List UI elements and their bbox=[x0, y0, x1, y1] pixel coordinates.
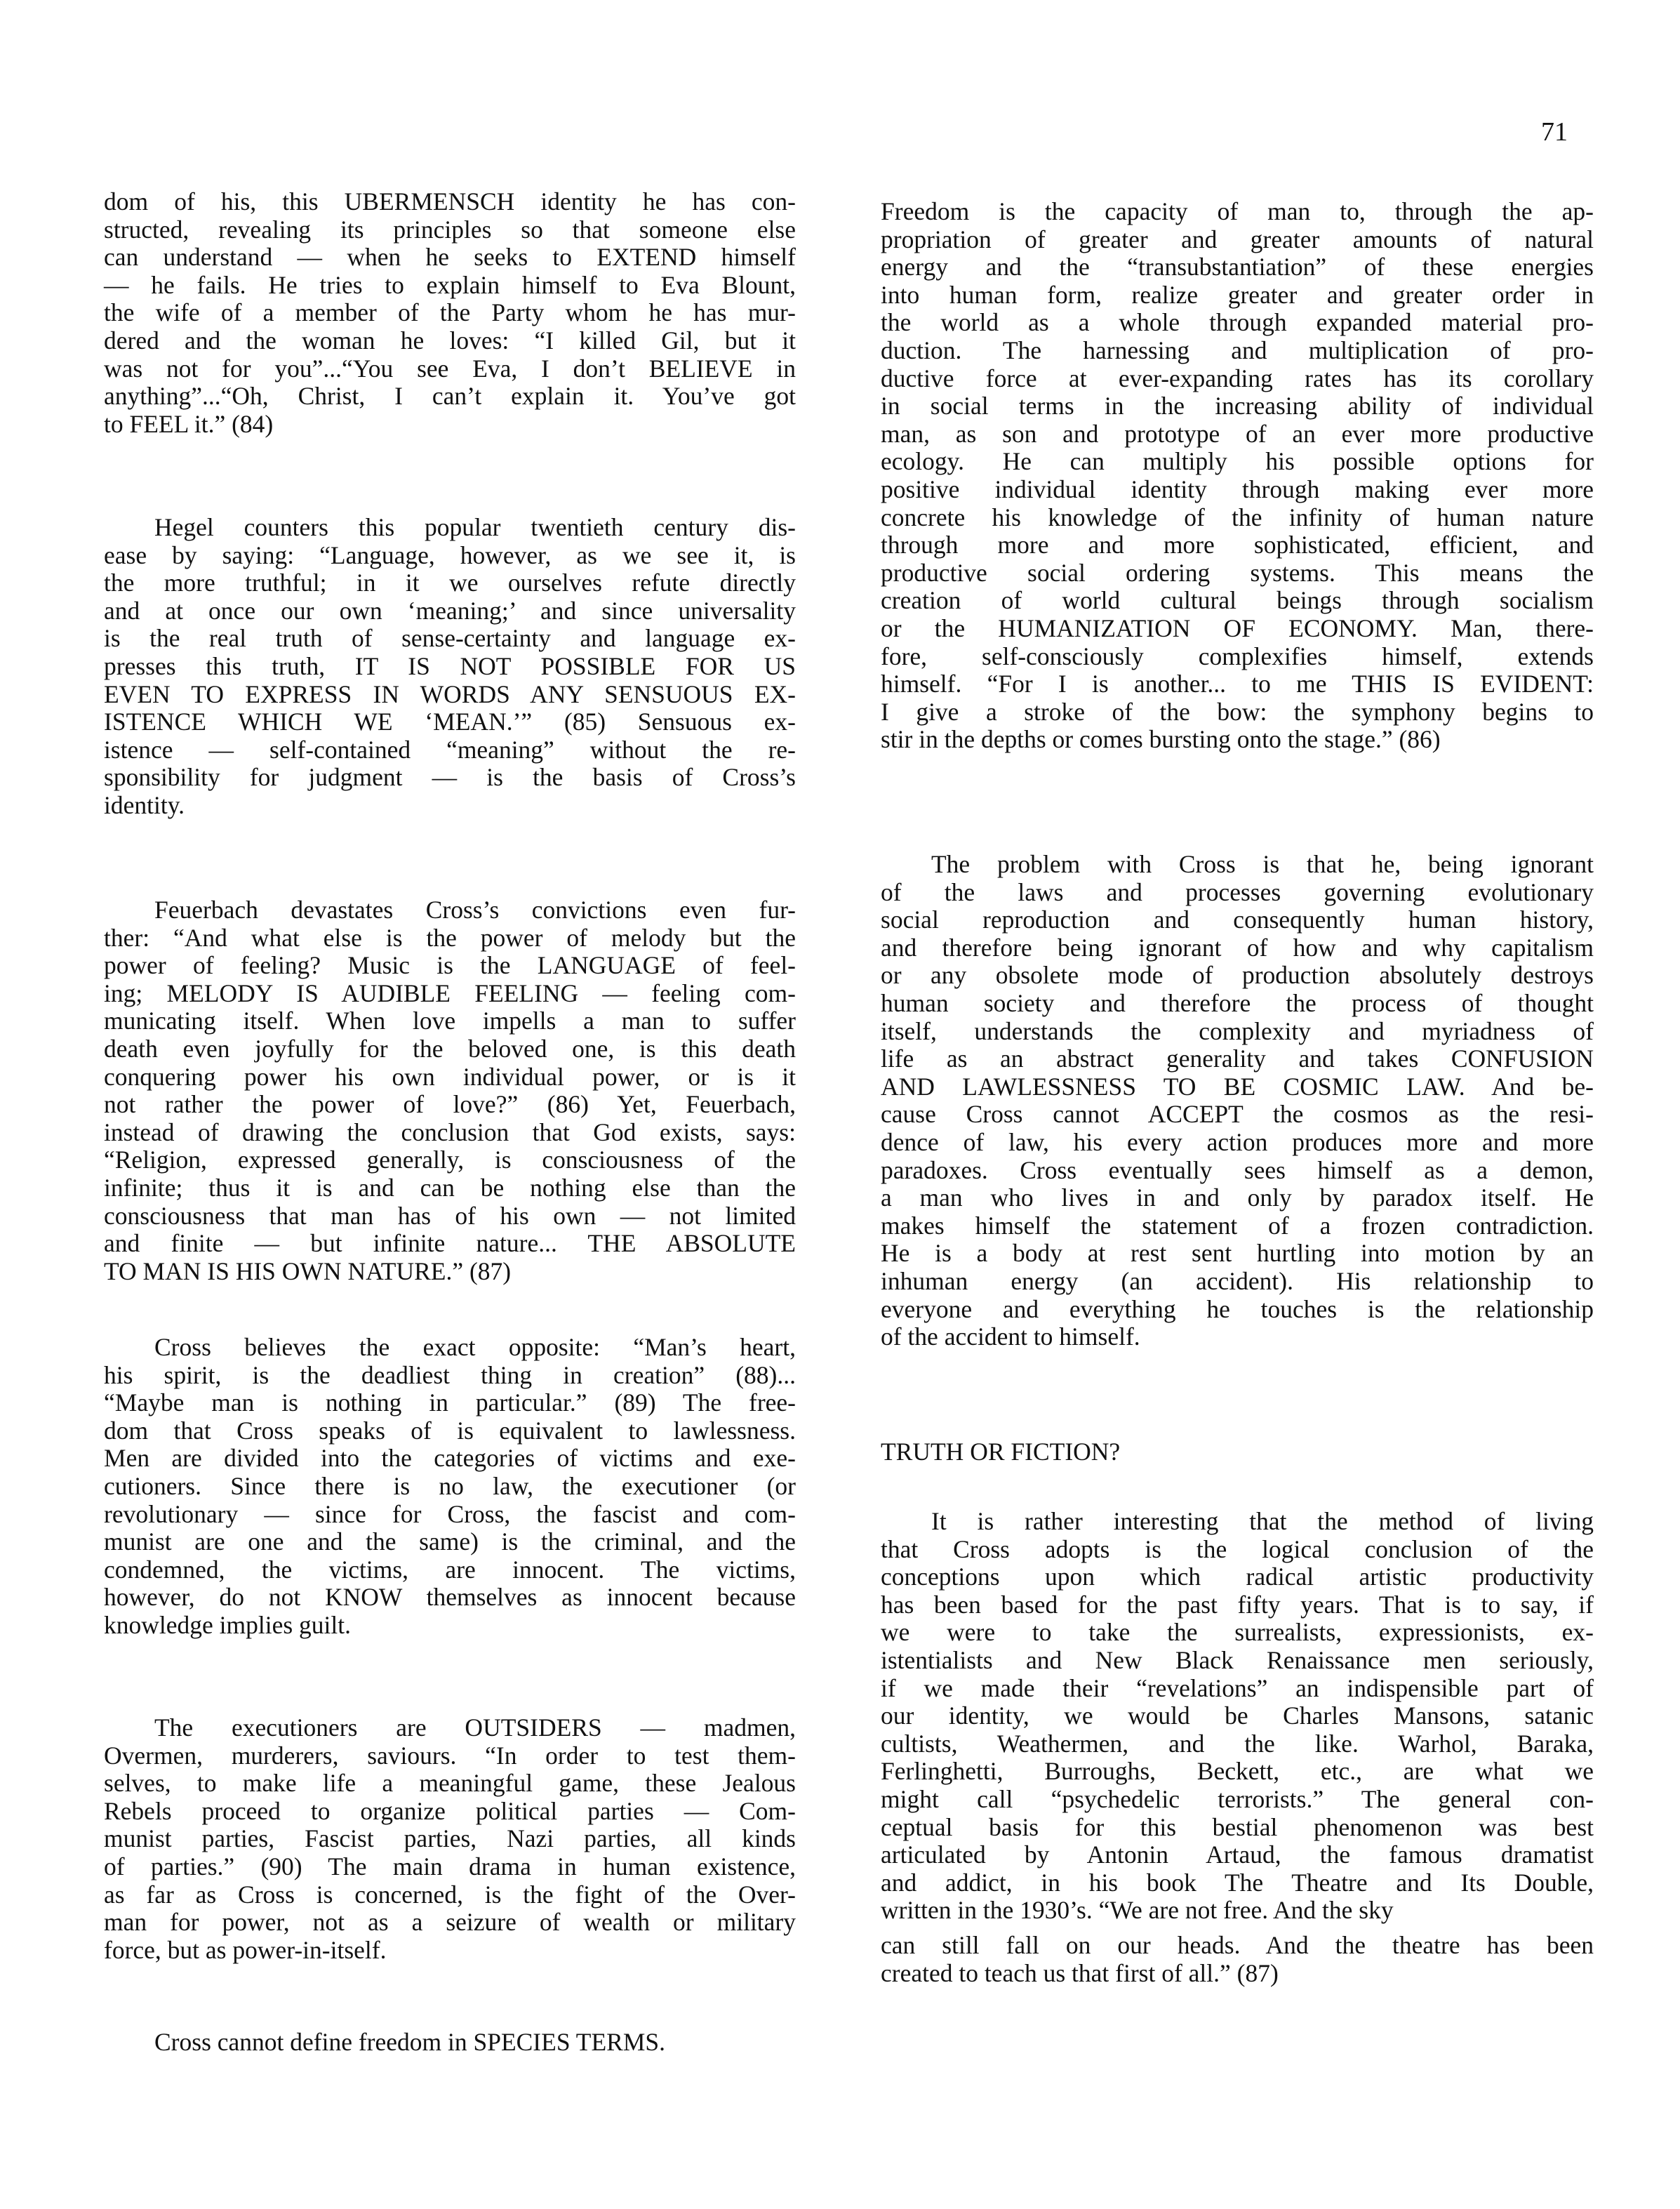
text-line: if we made their “revelations” an indisp… bbox=[881, 1675, 1594, 1703]
text-line: Men are divided into the categories of v… bbox=[104, 1445, 796, 1473]
text-line: cause Cross cannot ACCEPT the cosmos as … bbox=[881, 1101, 1594, 1129]
text-line: anything”...“Oh, Christ, I can’t explain… bbox=[104, 383, 796, 411]
text-line: can understand — when he seeks to EXTEND… bbox=[104, 244, 796, 272]
text-line: TO MAN IS HIS OWN NATURE.” (87) bbox=[104, 1258, 796, 1286]
text-line: “Maybe man is nothing in particular.” (8… bbox=[104, 1389, 796, 1417]
text-line: and addict, in his book The Theatre and … bbox=[881, 1869, 1594, 1897]
text-line: the wife of a member of the Party whom h… bbox=[104, 299, 796, 327]
text-line: structed, revealing its principles so th… bbox=[104, 216, 796, 244]
text-line: Overmen, murderers, saviours. “In order … bbox=[104, 1742, 796, 1770]
text-line: The problem with Cross is that he, being… bbox=[881, 851, 1594, 879]
text-line: EVEN TO EXPRESS IN WORDS ANY SENSUOUS EX… bbox=[104, 681, 796, 709]
paragraph-species-terms: Cross cannot define freedom in SPECIES T… bbox=[104, 2029, 796, 2057]
text-line: as far as Cross is concerned, is the fig… bbox=[104, 1881, 796, 1909]
text-line: dom of his, this UBERMENSCH identity he … bbox=[104, 188, 796, 216]
text-line: that Cross adopts is the logical conclus… bbox=[881, 1536, 1594, 1564]
text-line: productive social ordering systems. This… bbox=[881, 559, 1594, 588]
text-line: presses this truth, IT IS NOT POSSIBLE F… bbox=[104, 653, 796, 681]
text-line: itself, understands the complexity and m… bbox=[881, 1018, 1594, 1046]
text-line: has been based for the past fifty years.… bbox=[881, 1591, 1594, 1619]
text-line: and finite — but infinite nature... THE … bbox=[104, 1230, 796, 1258]
text-line: force, but as power-in-itself. bbox=[104, 1937, 796, 1965]
text-line: instead of drawing the conclusion that G… bbox=[104, 1119, 796, 1147]
text-line: ther: “And what else is the power of mel… bbox=[104, 924, 796, 953]
text-line: ecology. He can multiply his possible op… bbox=[881, 448, 1594, 476]
text-line: social reproduction and consequently hum… bbox=[881, 906, 1594, 934]
text-line: consciousness that man has of his own — … bbox=[104, 1202, 796, 1230]
text-line: of the accident to himself. bbox=[881, 1323, 1594, 1351]
paragraph-freedom-definition: Freedom is the capacity of man to, throu… bbox=[881, 198, 1594, 754]
text-line: “Religion, expressed generally, is consc… bbox=[104, 1146, 796, 1174]
text-line: dom that Cross speaks of is equivalent t… bbox=[104, 1417, 796, 1445]
text-line: Hegel counters this popular twentieth ce… bbox=[104, 514, 796, 542]
text-line: his spirit, is the deadliest thing in cr… bbox=[104, 1362, 796, 1390]
text-line: himself. “For I is another... to me THIS… bbox=[881, 670, 1594, 698]
text-line: to FEEL it.” (84) bbox=[104, 411, 796, 439]
text-line: the world as a whole through expanded ma… bbox=[881, 309, 1594, 337]
text-line: death even joyfully for the beloved one,… bbox=[104, 1035, 796, 1063]
text-line: He is a body at rest sent hurtling into … bbox=[881, 1240, 1594, 1268]
text-line: can still fall on our heads. And the the… bbox=[881, 1932, 1594, 1960]
text-line: AND LAWLESSNESS TO BE COSMIC LAW. And be… bbox=[881, 1073, 1594, 1101]
paragraph-feuerbach: Feuerbach devastates Cross’s convictions… bbox=[104, 896, 796, 1285]
text-line: duction. The harnessing and multiplicati… bbox=[881, 337, 1594, 365]
text-line: everyone and everything he touches is th… bbox=[881, 1296, 1594, 1324]
paragraph-executioners: The executioners are OUTSIDERS — madmen,… bbox=[104, 1714, 796, 1964]
text-line: articulated by Antonin Artaud, the famou… bbox=[881, 1841, 1594, 1869]
text-line: paradoxes. Cross eventually sees himself… bbox=[881, 1157, 1594, 1185]
text-line: stir in the depths or comes bursting ont… bbox=[881, 726, 1594, 754]
paragraph-ubermensch: dom of his, this UBERMENSCH identity he … bbox=[104, 188, 796, 438]
text-line: istentialists and New Black Renaissance … bbox=[881, 1647, 1594, 1675]
text-line: revolutionary — since for Cross, the fas… bbox=[104, 1501, 796, 1529]
text-line: conquering power his own individual powe… bbox=[104, 1063, 796, 1092]
text-line: human society and therefore the process … bbox=[881, 990, 1594, 1018]
text-line: ISTENCE WHICH WE ‘MEAN.’” (85) Sensuous … bbox=[104, 708, 796, 736]
paragraph-problem-with-cross: The problem with Cross is that he, being… bbox=[881, 851, 1594, 1351]
text-line: of the laws and processes governing evol… bbox=[881, 879, 1594, 907]
text-line: fore, self-consciously complexifies hims… bbox=[881, 643, 1594, 671]
text-line: — he fails. He tries to explain himself … bbox=[104, 272, 796, 300]
text-line: however, do not KNOW themselves as innoc… bbox=[104, 1584, 796, 1612]
text-line: we were to take the surrealists, express… bbox=[881, 1619, 1594, 1647]
text-line: not rather the power of love?” (86) Yet,… bbox=[104, 1091, 796, 1119]
text-line: propriation of greater and greater amoun… bbox=[881, 226, 1594, 254]
text-line: or any obsolete mode of production absol… bbox=[881, 962, 1594, 990]
text-line: life as an abstract generality and takes… bbox=[881, 1045, 1594, 1073]
text-line: munist are one and the same) is the crim… bbox=[104, 1528, 796, 1556]
text-line: ductive force at ever-expanding rates ha… bbox=[881, 365, 1594, 393]
text-line: dered and the woman he loves: “I killed … bbox=[104, 327, 796, 355]
text-line: the more truthful; in it we ourselves re… bbox=[104, 569, 796, 597]
text-line: selves, to make life a meaningful game, … bbox=[104, 1770, 796, 1798]
text-line: dence of law, his every action produces … bbox=[881, 1129, 1594, 1157]
text-line: Ferlinghetti, Burroughs, Beckett, etc., … bbox=[881, 1758, 1594, 1786]
text-line: created to teach us that first of all.” … bbox=[881, 1960, 1594, 1988]
paragraph-truth-or-fiction: It is rather interesting that the method… bbox=[881, 1508, 1594, 1925]
text-line: The executioners are OUTSIDERS — madmen, bbox=[104, 1714, 796, 1742]
text-line: man, as son and prototype of an ever mor… bbox=[881, 420, 1594, 449]
text-line: municating itself. When love impells a m… bbox=[104, 1007, 796, 1035]
paragraph-cross-believes: Cross believes the exact opposite: “Man’… bbox=[104, 1334, 796, 1640]
text-line: conceptions upon which radical artistic … bbox=[881, 1563, 1594, 1591]
page-number: 71 bbox=[1541, 118, 1568, 146]
text-line: identity. bbox=[104, 792, 796, 820]
text-line: It is rather interesting that the method… bbox=[881, 1508, 1594, 1536]
text-line: into human form, realize greater and gre… bbox=[881, 281, 1594, 310]
text-line: of parties.” (90) The main drama in huma… bbox=[104, 1853, 796, 1881]
text-line: power of feeling? Music is the LANGUAGE … bbox=[104, 952, 796, 980]
text-line: ceptual basis for this bestial phenomeno… bbox=[881, 1814, 1594, 1842]
text-line: infinite; thus it is and can be nothing … bbox=[104, 1174, 796, 1202]
text-line: was not for you”...“You see Eva, I don’t… bbox=[104, 355, 796, 383]
text-line: creation of world cultural beings throug… bbox=[881, 587, 1594, 615]
text-line: cutioners. Since there is no law, the ex… bbox=[104, 1473, 796, 1501]
text-line: istence — self-contained “meaning” witho… bbox=[104, 736, 796, 764]
text-line: knowledge implies guilt. bbox=[104, 1612, 796, 1640]
text-line: a man who lives in and only by paradox i… bbox=[881, 1184, 1594, 1212]
text-line: ing; MELODY IS AUDIBLE FEELING — feeling… bbox=[104, 980, 796, 1008]
text-line: Rebels proceed to organize political par… bbox=[104, 1798, 796, 1826]
text-line: positive individual identity through mak… bbox=[881, 476, 1594, 504]
text-line: ease by saying: “Language, however, as w… bbox=[104, 542, 796, 570]
text-line: inhuman energy (an accident). His relati… bbox=[881, 1268, 1594, 1296]
text-line: man for power, not as a seizure of wealt… bbox=[104, 1909, 796, 1937]
text-line: through more and more sophisticated, eff… bbox=[881, 531, 1594, 559]
text-line: condemned, the victims, are innocent. Th… bbox=[104, 1556, 796, 1584]
text-line: makes himself the statement of a frozen … bbox=[881, 1212, 1594, 1240]
text-line: in social terms in the increasing abilit… bbox=[881, 392, 1594, 420]
text-line: written in the 1930’s. “We are not free.… bbox=[881, 1897, 1594, 1925]
text-line: and at once our own ‘meaning;’ and since… bbox=[104, 597, 796, 625]
paragraph-artaud-quote-end: can still fall on our heads. And the the… bbox=[881, 1932, 1594, 1987]
text-line: or the HUMANIZATION OF ECONOMY. Man, the… bbox=[881, 615, 1594, 643]
text-line: sponsibility for judgment — is the basis… bbox=[104, 764, 796, 792]
text-line: I give a stroke of the bow: the symphony… bbox=[881, 698, 1594, 727]
paragraph-hegel: Hegel counters this popular twentieth ce… bbox=[104, 514, 796, 820]
text-line: Cross cannot define freedom in SPECIES T… bbox=[104, 2029, 796, 2057]
text-line: munist parties, Fascist parties, Nazi pa… bbox=[104, 1825, 796, 1853]
text-line: Feuerbach devastates Cross’s convictions… bbox=[104, 896, 796, 924]
text-line: our identity, we would be Charles Manson… bbox=[881, 1702, 1594, 1730]
text-line: might call “psychedelic terrorists.” The… bbox=[881, 1786, 1594, 1814]
text-line: Freedom is the capacity of man to, throu… bbox=[881, 198, 1594, 226]
text-line: energy and the “transubstantiation” of t… bbox=[881, 253, 1594, 281]
text-line: and therefore being ignorant of how and … bbox=[881, 934, 1594, 962]
text-line: concrete his knowledge of the infinity o… bbox=[881, 504, 1594, 532]
text-line: is the real truth of sense-certainty and… bbox=[104, 625, 796, 653]
section-heading: TRUTH OR FICTION? bbox=[881, 1438, 1120, 1466]
text-line: cultists, Weathermen, and the like. Warh… bbox=[881, 1730, 1594, 1758]
text-line: Cross believes the exact opposite: “Man’… bbox=[104, 1334, 796, 1362]
